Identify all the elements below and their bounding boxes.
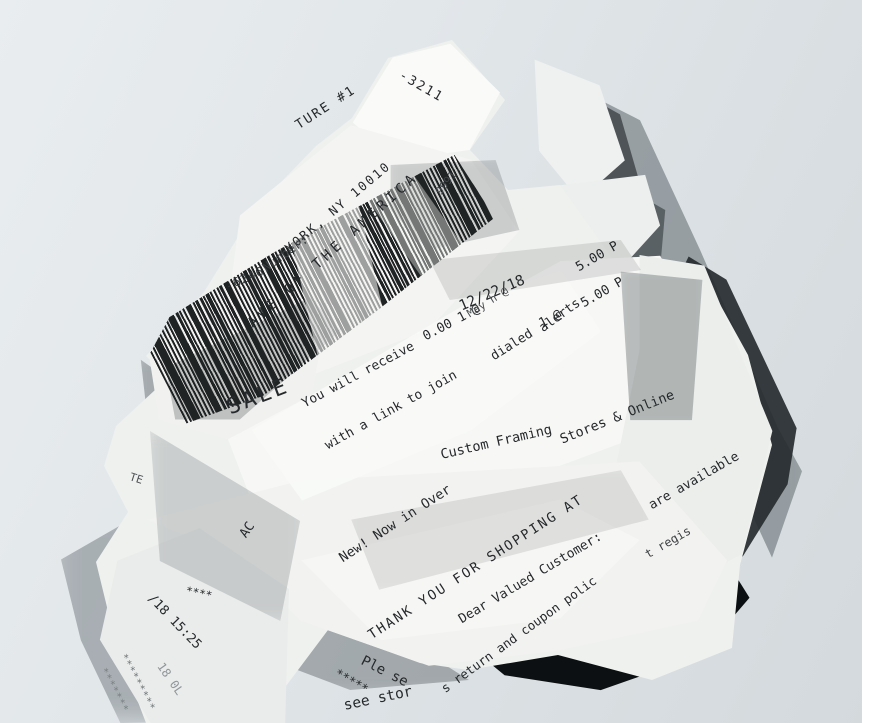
photo-right-margin [862, 0, 887, 723]
photo-crumpled-receipt: TURE #1 AVE OF THE AMERICA YORK, NY 1001… [0, 0, 887, 723]
